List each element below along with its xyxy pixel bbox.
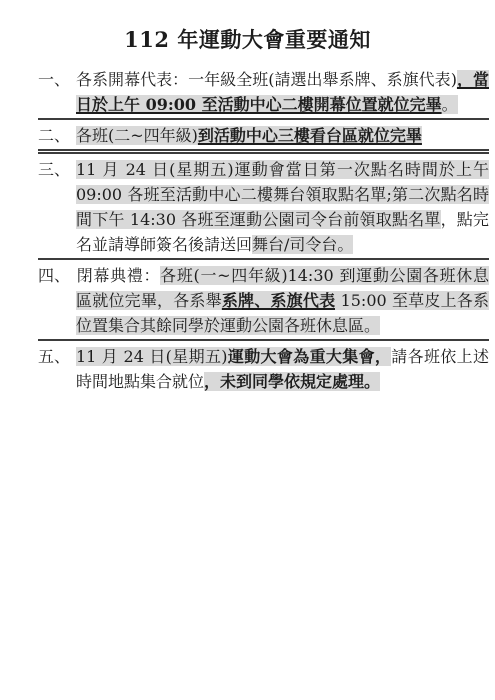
text-segment: 到活動中心三樓看台區就位完畢 bbox=[198, 126, 422, 145]
text-segment: 11 月 24 日(星期五)運動會當日第一次點名時間於上午 09:00 各班至活… bbox=[76, 160, 489, 229]
item-number: 一、 bbox=[38, 67, 76, 92]
text-segment: 系牌、系旗代表 bbox=[222, 291, 335, 310]
item-number: 二、 bbox=[38, 123, 76, 148]
item-number: 四、 bbox=[38, 263, 76, 288]
notice-item: 二、各班(二~四年級)到活動中心三樓看台區就位完畢 bbox=[38, 123, 489, 154]
text-segment: 閉幕典禮： bbox=[76, 266, 160, 285]
text-segment: 11 月 24 日(星期五) bbox=[76, 347, 228, 366]
notice-item: 四、閉幕典禮：各班(一~四年級)14:30 到運動公園各班休息區就位完畢，各系舉… bbox=[38, 263, 489, 341]
notice-item: 五、11 月 24 日(星期五)運動大會為重大集會，請各班依上述時間地點集合就位… bbox=[38, 344, 489, 395]
notice-item: 一、各系開幕代表：一年級全班(請選出舉系牌、系旗代表)，當日於上午 09:00 … bbox=[38, 67, 489, 120]
notice-document-page: 112 年運動大會重要通知 一、各系開幕代表：一年級全班(請選出舉系牌、系旗代表… bbox=[0, 0, 495, 700]
page-title: 112 年運動大會重要通知 bbox=[0, 25, 495, 55]
item-number: 三、 bbox=[38, 157, 76, 182]
text-segment: 運動大會為重大集會， bbox=[228, 347, 392, 366]
text-segment: 各班(二~四年級) bbox=[76, 126, 198, 145]
notice-item: 三、11 月 24 日(星期五)運動會當日第一次點名時間於上午 09:00 各班… bbox=[38, 157, 489, 260]
text-segment: 舞台/司令台。 bbox=[252, 235, 353, 254]
text-segment: 各系開幕代表：一年級全班(請選出舉系牌、系旗代表) bbox=[76, 70, 457, 89]
notice-list: 一、各系開幕代表：一年級全班(請選出舉系牌、系旗代表)，當日於上午 09:00 … bbox=[38, 67, 489, 395]
item-number: 五、 bbox=[38, 344, 76, 369]
text-segment: ，未到同學依規定處理。 bbox=[204, 372, 380, 391]
text-segment: 。 bbox=[442, 95, 458, 114]
